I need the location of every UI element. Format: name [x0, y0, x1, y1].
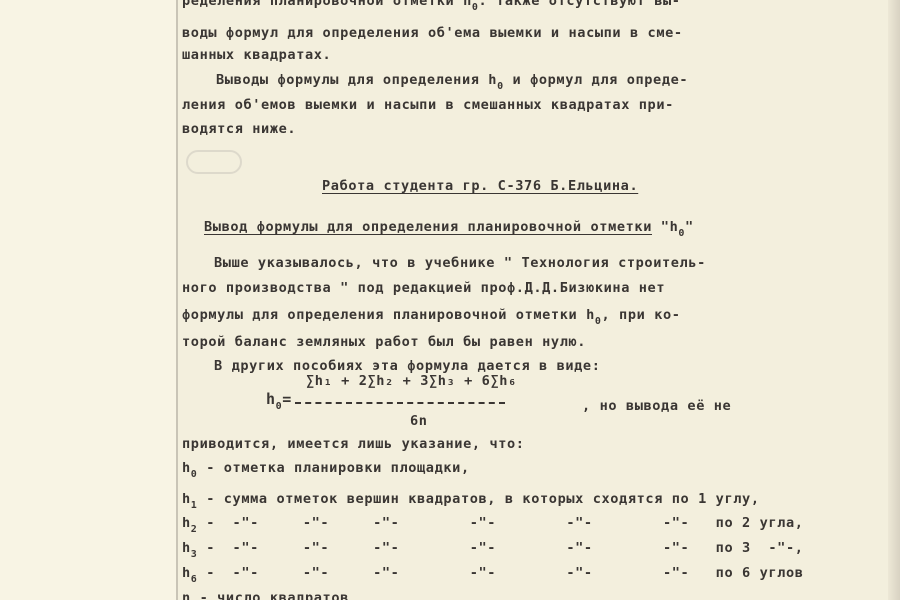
definition-h1: h1 - сумма отметок вершин квадратов, в к… [182, 491, 760, 507]
scan-margin [0, 0, 176, 600]
formula-denominator: 6n [410, 413, 428, 429]
typewritten-page [176, 0, 890, 600]
paragraph-1-line-3: шанных квадратах. [182, 47, 331, 63]
subsection-heading: Вывод формулы для определения планировоч… [204, 219, 694, 235]
formula-lhs: h0= [266, 390, 292, 408]
paragraph-3-line-2: ного производства " под редакцией проф.Д… [182, 280, 665, 296]
paragraph-3-line-4: торой баланс земляных работ был бы равен… [182, 334, 586, 350]
fraction-bar [295, 402, 505, 404]
paragraph-5: приводится, имеется лишь указание, что: [182, 436, 525, 452]
paragraph-2-line-1: Выводы формулы для определения h0 и форм… [216, 72, 688, 88]
paragraph-2-line-2: ления об'емов выемки и насыпи в смешанны… [182, 97, 674, 113]
definition-h3: h3 - -"- -"- -"- -"- -"- -"- по 3 -"-, [182, 540, 804, 556]
formula-tail: , но вывода её не [582, 398, 731, 414]
definition-h2: h2 - -"- -"- -"- -"- -"- -"- по 2 угла, [182, 515, 804, 531]
ink-smudge [186, 150, 242, 174]
paragraph-2-line-3: водятся ниже. [182, 121, 296, 137]
definition-h0: h0 - отметка планировки площадки, [182, 460, 470, 476]
paragraph-1-line-2: воды формул для определения об'ема выемк… [182, 25, 683, 41]
paragraph-3-line-3: формулы для определения планировочной от… [182, 307, 681, 323]
page-edge-shadow [888, 0, 900, 600]
formula-numerator: ∑h₁ + 2∑h₂ + 3∑h₃ + 6∑h₆ [306, 373, 517, 389]
definition-h6: h6 - -"- -"- -"- -"- -"- -"- по 6 углов [182, 565, 804, 581]
definition-n: n - число квадратов [182, 590, 349, 600]
section-heading: Работа студента гр. С-376 Б.Ельцина. [322, 178, 638, 194]
paragraph-4: В других пособиях эта формула дается в в… [214, 358, 601, 374]
paragraph-3-line-1: Выше указывалось, что в учебнике " Техно… [214, 255, 706, 271]
paragraph-1-line-1: ределения планировочной отметки h0. Такж… [182, 0, 681, 9]
